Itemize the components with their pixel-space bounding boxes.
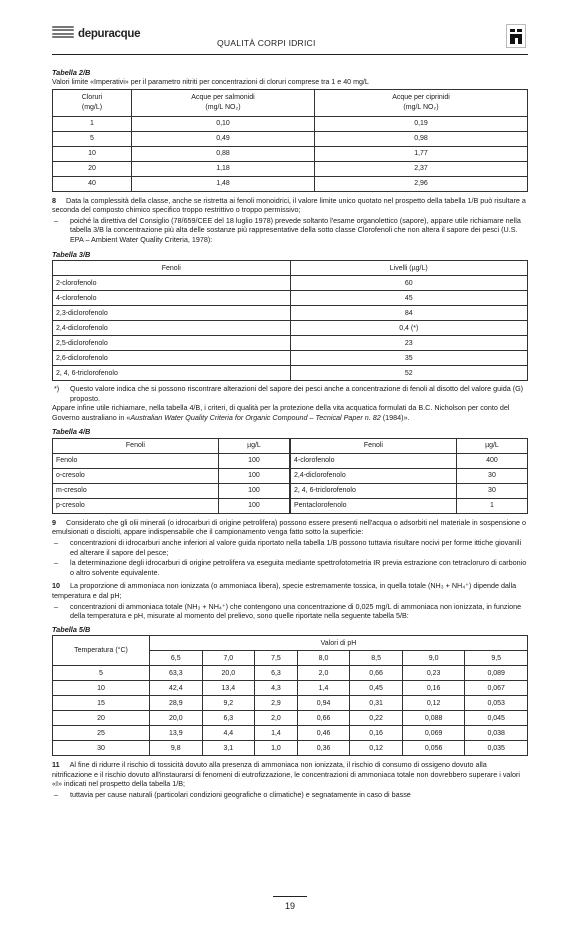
table-row: 401,482,96	[53, 176, 528, 191]
depuracque-logo: depuracque	[52, 26, 140, 42]
column-header: Fenoli	[291, 438, 457, 453]
ph-header: 7,5	[255, 651, 298, 666]
temperature-header: Temperatura (°C)	[53, 636, 150, 666]
table2-caption: Tabella 2/B	[52, 68, 528, 77]
page-header: depuracque QUALITÀ CORPI IDRICI	[52, 24, 528, 55]
table-4b-left: Fenoliµg/LFenolo100o-cresolo100m-cresolo…	[52, 438, 290, 514]
section-9: 9Considerato che gli olii minerali (o id…	[52, 518, 528, 537]
section-10-bullet: –concentrazioni di ammoniaca totale (NH₃…	[52, 602, 528, 621]
table-row: 309,83,11,00,360,120,0560,035	[53, 741, 528, 756]
table3-caption: Tabella 3/B	[52, 250, 528, 259]
column-header: Acque per salmonidi(mg/L NO₂)	[132, 89, 315, 116]
table-4b-right: Fenoliµg/L4-clorofenolo4002,4-diclorofen…	[290, 438, 528, 514]
page-number: 19	[0, 896, 580, 913]
table-row: 563,320,06,32,00,660,230,089	[53, 666, 528, 681]
column-header: Acque per ciprinidi(mg/L NO₂)	[315, 89, 528, 116]
page-content: Tabella 2/B Valori limite «Imperativi» p…	[52, 68, 528, 799]
section-11-bullet: –tuttavia per cause naturali (particolar…	[52, 790, 528, 800]
section-9-bullet: –la determinazione degli idrocarburi di …	[52, 558, 528, 577]
table-row: Pentaclorofenolo1	[291, 498, 528, 513]
section-8-bullet: –poiché la direttiva del Consiglio (78/6…	[52, 216, 528, 245]
table-row: 2, 4, 6-triclorofenolo52	[53, 366, 528, 381]
table4-intro: Appare infine utile richiamare, nella ta…	[52, 403, 528, 422]
document-title: QUALITÀ CORPI IDRICI	[217, 38, 316, 49]
waves-icon	[52, 26, 74, 42]
table3-footnote: *)Questo valore indica che si possono ri…	[52, 384, 528, 403]
section-9-bullet: –concentrazioni di idrocarburi anche inf…	[52, 538, 528, 557]
table-row: 4-clorofenolo45	[53, 291, 528, 306]
table5-caption: Tabella 5/B	[52, 625, 528, 634]
ph-header: 9,0	[402, 651, 465, 666]
column-header: Cloruri(mg/L)	[53, 89, 132, 116]
table-row: 2, 4, 6-triclorofenolo30	[291, 483, 528, 498]
ph-header: 8,0	[297, 651, 350, 666]
table-row: 1528,99,22,90,940,310,120,053	[53, 696, 528, 711]
table-row: o-cresolo100	[53, 468, 290, 483]
table-row: 201,182,37	[53, 161, 528, 176]
ph-header: 6,5	[150, 651, 203, 666]
ph-header: 7,0	[202, 651, 255, 666]
table-2b: Cloruri(mg/L)Acque per salmonidi(mg/L NO…	[52, 89, 528, 192]
table-row: 10,100,19	[53, 116, 528, 131]
table-row: 1042,413,44,31,40,450,160,067	[53, 681, 528, 696]
table-row: 2,4-diclorofenolo0,4 (*)	[53, 321, 528, 336]
table-row: 2,4-diclorofenolo30	[291, 468, 528, 483]
table-row: Fenolo100	[53, 453, 290, 468]
table-3b: FenoliLivelli (µg/L) 2-clorofenolo604-cl…	[52, 260, 528, 381]
table-row: 2,6-diclorofenolo35	[53, 351, 528, 366]
section-8: 8Data la complessità della classe, anche…	[52, 196, 528, 215]
table-row: 4-clorofenolo400	[291, 453, 528, 468]
column-header: Fenoli	[53, 261, 291, 276]
ph-group-header: Valori di pH	[150, 636, 528, 651]
ph-header: 9,5	[465, 651, 528, 666]
table2-subtitle: Valori limite «Imperativi» per il parame…	[52, 78, 528, 87]
column-header: Fenoli	[53, 438, 219, 453]
table-row: 2513,94,41,40,460,160,0690,038	[53, 726, 528, 741]
table-row: 2,3-diclorofenolo84	[53, 306, 528, 321]
table4-caption: Tabella 4/B	[52, 427, 528, 436]
column-header: Livelli (µg/L)	[290, 261, 528, 276]
brand-name: depuracque	[78, 27, 140, 42]
section-11: 11Al fine di ridurre il rischio di tossi…	[52, 760, 528, 789]
table-row: 100,881,77	[53, 146, 528, 161]
column-header: µg/L	[456, 438, 527, 453]
emblem-icon	[506, 24, 526, 48]
section-10: 10La proporzione di ammoniaca non ionizz…	[52, 581, 528, 600]
table-row: 2,5-diclorofenolo23	[53, 336, 528, 351]
table-row: m-cresolo100	[53, 483, 290, 498]
table-row: 50,490,98	[53, 131, 528, 146]
table-5b: Temperatura (°C)Valori di pH 6,57,07,58,…	[52, 635, 528, 756]
table-row: 2-clorofenolo60	[53, 276, 528, 291]
table-row: p-cresolo100	[53, 498, 290, 513]
column-header: µg/L	[218, 438, 289, 453]
ph-header: 8,5	[350, 651, 403, 666]
table-row: 2020,06,32,00,660,220,0880,045	[53, 711, 528, 726]
